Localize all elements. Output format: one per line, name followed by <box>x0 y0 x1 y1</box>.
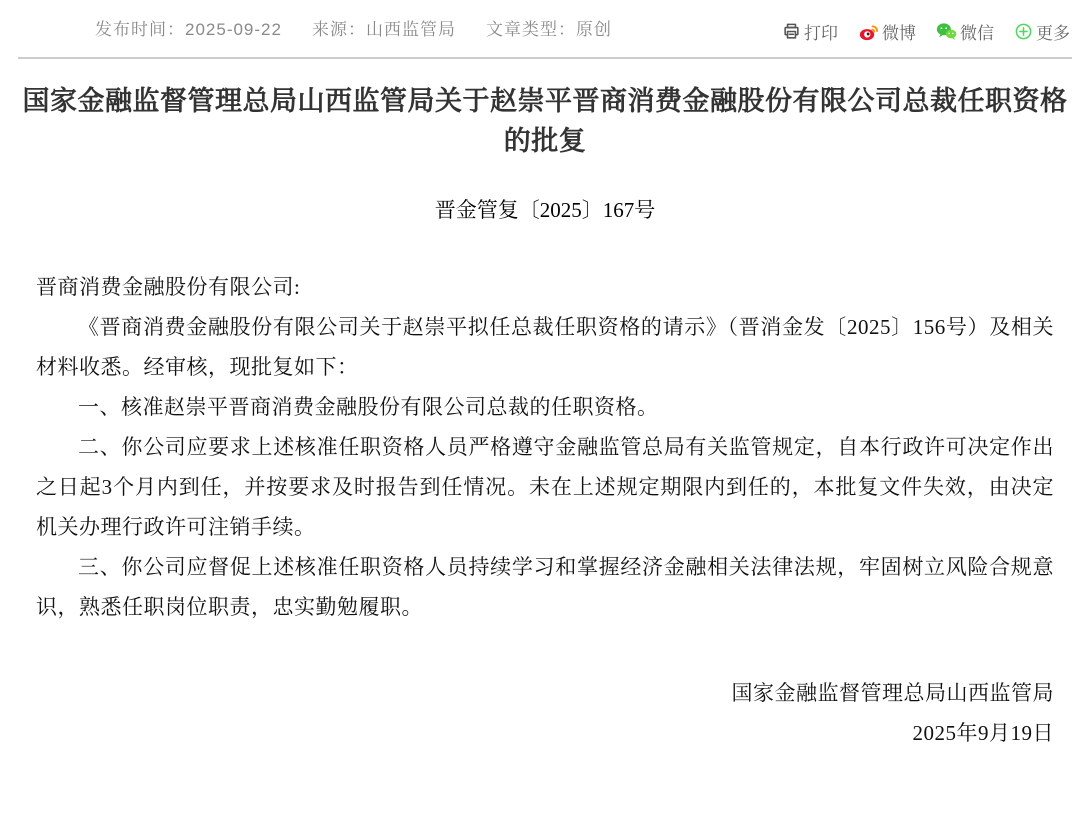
publish-time-label: 发布时间： <box>95 20 185 39</box>
printer-icon <box>782 22 801 41</box>
body-paragraph: 一、核准赵崇平晋商消费金融股份有限公司总裁的任职资格。 <box>36 387 1054 427</box>
article-type-value: 原创 <box>576 20 612 39</box>
source-label: 来源： <box>312 20 366 39</box>
article-meta: 发布时间：2025-09-22来源：山西监管局文章类型：原创 <box>95 16 617 43</box>
more-label: 更多 <box>1036 19 1070 44</box>
body-paragraph: 《晋商消费金融股份有限公司关于赵崇平拟任总裁任职资格的请示》（晋消金发〔2025… <box>36 307 1054 387</box>
header-divider <box>18 57 1072 59</box>
signature-block: 国家金融监督管理总局山西监管局 2025年9月19日 <box>36 673 1054 753</box>
weibo-share-button[interactable]: 微博 <box>858 19 916 44</box>
publish-time-value: 2025-09-22 <box>185 20 282 39</box>
print-label: 打印 <box>804 19 838 44</box>
article-page: 发布时间：2025-09-22来源：山西监管局文章类型：原创 打印 <box>0 0 1090 818</box>
wechat-label: 微信 <box>960 19 994 44</box>
source-value: 山西监管局 <box>366 20 456 39</box>
more-share-button[interactable]: 更多 <box>1014 19 1070 44</box>
signer-name: 国家金融监督管理总局山西监管局 <box>36 673 1054 713</box>
body-paragraph: 三、你公司应督促上述核准任职资格人员持续学习和掌握经济金融相关法律法规，牢固树立… <box>36 547 1054 627</box>
body-paragraph: 二、你公司应要求上述核准任职资格人员严格遵守金融监管总局有关监管规定，自本行政许… <box>36 427 1054 547</box>
weibo-label: 微博 <box>882 19 916 44</box>
doc-number: 晋金管复〔2025〕167号 <box>0 195 1090 225</box>
article-type-label: 文章类型： <box>486 20 576 39</box>
print-button[interactable]: 打印 <box>782 19 838 44</box>
addressee: 晋商消费金融股份有限公司: <box>36 267 1054 307</box>
weibo-icon <box>858 21 879 42</box>
wechat-share-button[interactable]: 微信 <box>936 19 994 44</box>
sign-date: 2025年9月19日 <box>36 713 1054 753</box>
publish-time: 发布时间：2025-09-22 <box>95 20 282 39</box>
article-type: 文章类型：原创 <box>486 20 612 39</box>
page-title: 国家金融监督管理总局山西监管局关于赵崇平晋商消费金融股份有限公司总裁任职资格的批… <box>10 81 1080 161</box>
wechat-icon <box>936 21 957 42</box>
source: 来源：山西监管局 <box>312 20 456 39</box>
share-toolbar: 打印 微博 <box>782 16 1070 44</box>
plus-circle-icon <box>1014 22 1033 41</box>
document-body: 晋商消费金融股份有限公司: 《晋商消费金融股份有限公司关于赵崇平拟任总裁任职资格… <box>36 267 1054 627</box>
article-header: 发布时间：2025-09-22来源：山西监管局文章类型：原创 打印 <box>0 0 1090 44</box>
